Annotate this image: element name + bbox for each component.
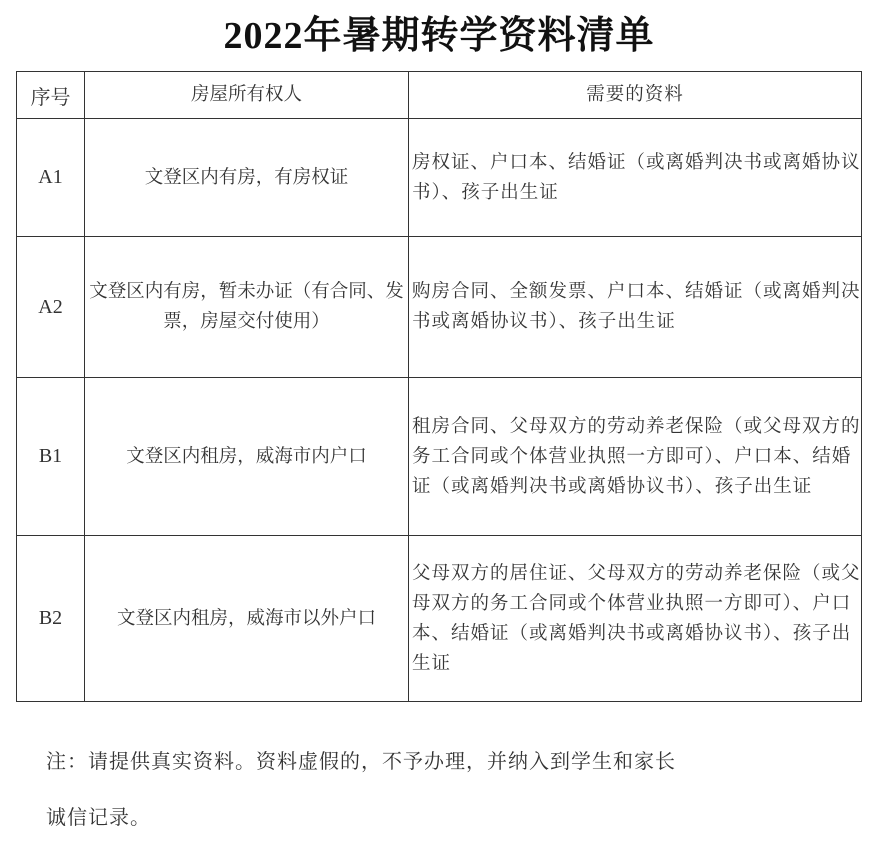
- row-owner: 文登区内租房，威海市内户口: [85, 378, 409, 536]
- row-id: A1: [17, 119, 85, 237]
- row-owner: 文登区内租房，威海市以外户口: [85, 536, 409, 702]
- note-line-1: 注：请提供真实资料。资料虚假的，不予办理，并纳入到学生和家长: [46, 745, 676, 774]
- row-materials: 房权证、户口本、结婚证（或离婚判决书或离婚协议书）、孩子出生证: [409, 119, 862, 237]
- row-materials: 购房合同、全额发票、户口本、结婚证（或离婚判决书或离婚协议书）、孩子出生证: [409, 237, 862, 378]
- note-line-2: 诚信记录。: [46, 801, 151, 830]
- table-row: B2 文登区内租房，威海市以外户口 父母双方的居住证、父母双方的劳动养老保险（或…: [17, 536, 862, 702]
- row-id: B1: [17, 378, 85, 536]
- table-header-row: 序号 房屋所有权人 需要的资料: [17, 72, 862, 119]
- row-id: B2: [17, 536, 85, 702]
- row-materials: 租房合同、父母双方的劳动养老保险（或父母双方的务工合同或个体营业执照一方即可）、…: [409, 378, 862, 536]
- row-owner: 文登区内有房，暂未办证（有合同、发票，房屋交付使用）: [85, 237, 409, 378]
- header-materials: 需要的资料: [409, 72, 862, 119]
- header-serial: 序号: [17, 72, 85, 119]
- table-row: B1 文登区内租房，威海市内户口 租房合同、父母双方的劳动养老保险（或父母双方的…: [17, 378, 862, 536]
- document-title: 2022年暑期转学资料清单: [0, 4, 878, 59]
- row-owner: 文登区内有房，有房权证: [85, 119, 409, 237]
- table-row: A1 文登区内有房，有房权证 房权证、户口本、结婚证（或离婚判决书或离婚协议书）…: [17, 119, 862, 237]
- header-owner: 房屋所有权人: [85, 72, 409, 119]
- row-id: A2: [17, 237, 85, 378]
- row-materials: 父母双方的居住证、父母双方的劳动养老保险（或父母双方的务工合同或个体营业执照一方…: [409, 536, 862, 702]
- table-row: A2 文登区内有房，暂未办证（有合同、发票，房屋交付使用） 购房合同、全额发票、…: [17, 237, 862, 378]
- materials-table: 序号 房屋所有权人 需要的资料 A1 文登区内有房，有房权证 房权证、户口本、结…: [16, 71, 862, 702]
